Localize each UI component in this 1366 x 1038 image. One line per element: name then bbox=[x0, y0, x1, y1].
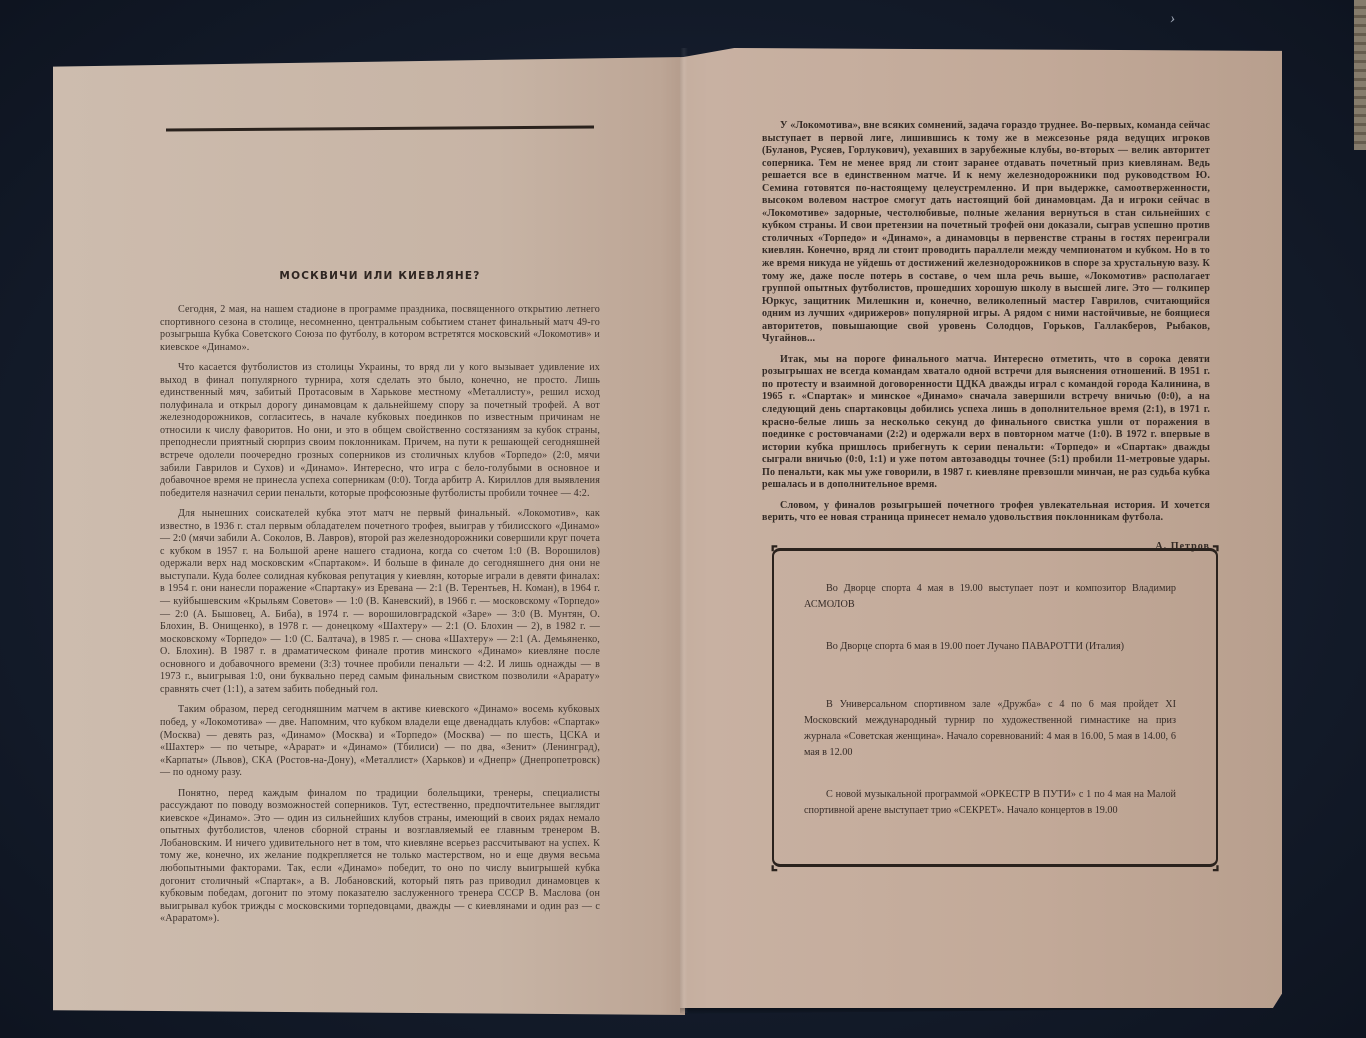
wooden-edge bbox=[1354, 0, 1366, 150]
announcement-item: С новой музыкальной программой «ОРКЕСТР … bbox=[804, 787, 1176, 819]
left-article-body: Сегодня, 2 мая, на нашем стадионе в прог… bbox=[160, 304, 600, 934]
paragraph: Сегодня, 2 мая, на нашем стадионе в прог… bbox=[160, 304, 600, 354]
corner-ornament-icon: ⌝ bbox=[1212, 543, 1220, 564]
paragraph: Таким образом, перед сегодняшним матчем … bbox=[160, 704, 600, 779]
paragraph: Что касается футболистов из столицы Укра… bbox=[160, 362, 600, 500]
paragraph: Словом, у финалов розыгрышей почетного т… bbox=[762, 500, 1210, 525]
announcements-box: ⌜ ⌝ ⌞ ⌟ Во Дворце спорта 4 мая в 19.00 в… bbox=[772, 548, 1218, 867]
announcement-item: В Универсальном спортивном зале «Дружба»… bbox=[804, 697, 1176, 761]
announcement-text: Во Дворце спорта 4 мая в 19.00 выступает… bbox=[804, 583, 1176, 610]
paragraph: У «Локомотива», вне всяких сомнений, зад… bbox=[762, 120, 1210, 346]
announcement-item: Во Дворце спорта 4 мая в 19.00 выступает… bbox=[804, 581, 1176, 613]
article-headline: МОСКВИЧИ ИЛИ КИЕВЛЯНЕ? bbox=[160, 270, 600, 282]
paragraph: Понятно, перед каждым финалом по традици… bbox=[160, 788, 600, 926]
announcement-text: Во Дворце спорта 6 мая в 19.00 поет Луча… bbox=[826, 641, 1124, 652]
paragraph: Итак, мы на пороге финального матча. Инт… bbox=[762, 354, 1210, 492]
paragraph: Для нынешних соискателей кубка этот матч… bbox=[160, 508, 600, 696]
right-article-body: У «Локомотива», вне всяких сомнений, зад… bbox=[762, 120, 1210, 554]
corner-ornament-icon: ⌜ bbox=[770, 543, 778, 564]
announcement-text: В Универсальном спортивном зале «Дружба»… bbox=[804, 699, 1176, 758]
corner-ornament-icon: ⌞ bbox=[770, 853, 778, 874]
announcement-item: Во Дворце спорта 6 мая в 19.00 поет Луча… bbox=[804, 639, 1176, 655]
corner-ornament-icon: ⌟ bbox=[1212, 853, 1220, 874]
announcement-text: С новой музыкальной программой «ОРКЕСТР … bbox=[804, 789, 1176, 816]
page-fold bbox=[680, 48, 688, 1013]
background-speck: › bbox=[1168, 10, 1176, 29]
